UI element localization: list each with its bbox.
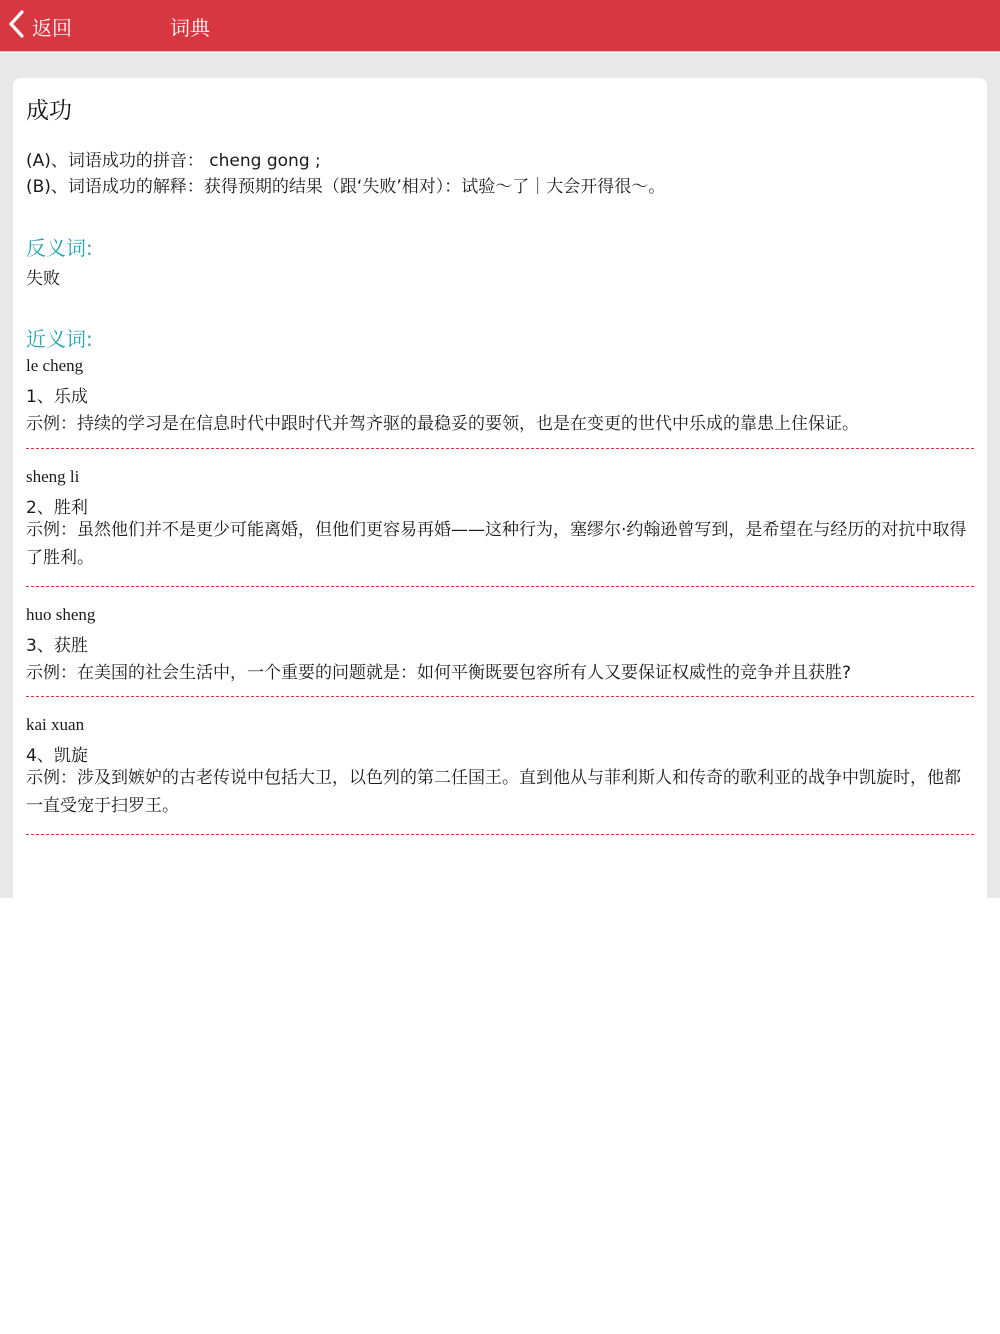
back-label: 返回 bbox=[32, 12, 72, 41]
synonym-label[interactable]: 4、凯旋 bbox=[26, 741, 88, 766]
divider bbox=[26, 696, 974, 697]
pinyin-line: (A)、词语成功的拼音： cheng gong ; bbox=[26, 146, 321, 171]
divider bbox=[26, 448, 974, 449]
divider bbox=[26, 834, 974, 835]
top-nav-bar: 返回 词典 bbox=[0, 0, 1000, 52]
word-title: 成功 bbox=[26, 92, 72, 125]
synonym-pinyin: le cheng bbox=[26, 356, 83, 376]
synonym-example: 示例：涉及到嫉妒的古老传说中包括大卫，以色列的第二任国王。直到他从与菲利斯人和传… bbox=[26, 764, 974, 820]
divider bbox=[26, 586, 974, 587]
synonym-label[interactable]: 3、获胜 bbox=[26, 631, 88, 656]
definition-line: (B)、词语成功的解释：获得预期的结果（跟‘失败’相对）：试验～了｜大会开得很～… bbox=[26, 172, 665, 197]
synonym-pinyin: huo sheng bbox=[26, 605, 95, 625]
synonym-example: 示例：持续的学习是在信息时代中跟时代并驾齐驱的最稳妥的要领，也是在变更的世代中乐… bbox=[26, 409, 859, 434]
synonyms-heading: 近义词: bbox=[26, 323, 93, 352]
synonym-label[interactable]: 1、乐成 bbox=[26, 382, 88, 407]
dictionary-card: 成功 (A)、词语成功的拼音： cheng gong ; (B)、词语成功的解释… bbox=[13, 78, 987, 898]
synonym-label[interactable]: 2、胜利 bbox=[26, 493, 88, 518]
synonym-pinyin: kai xuan bbox=[26, 715, 84, 735]
antonyms-heading: 反义词: bbox=[26, 232, 93, 261]
synonym-example: 示例：在美国的社会生活中，一个重要的问题就是：如何平衡既要包容所有人又要保证权威… bbox=[26, 658, 851, 683]
back-button[interactable]: 返回 bbox=[6, 8, 72, 44]
page-title: 词典 bbox=[170, 12, 210, 41]
synonym-example: 示例：虽然他们并不是更少可能离婚，但他们更容易再婚——这种行为，塞缪尔·约翰逊曾… bbox=[26, 516, 974, 572]
antonym-item[interactable]: 失败 bbox=[26, 264, 60, 289]
chevron-left-icon bbox=[6, 9, 28, 43]
synonym-pinyin: sheng li bbox=[26, 467, 79, 487]
